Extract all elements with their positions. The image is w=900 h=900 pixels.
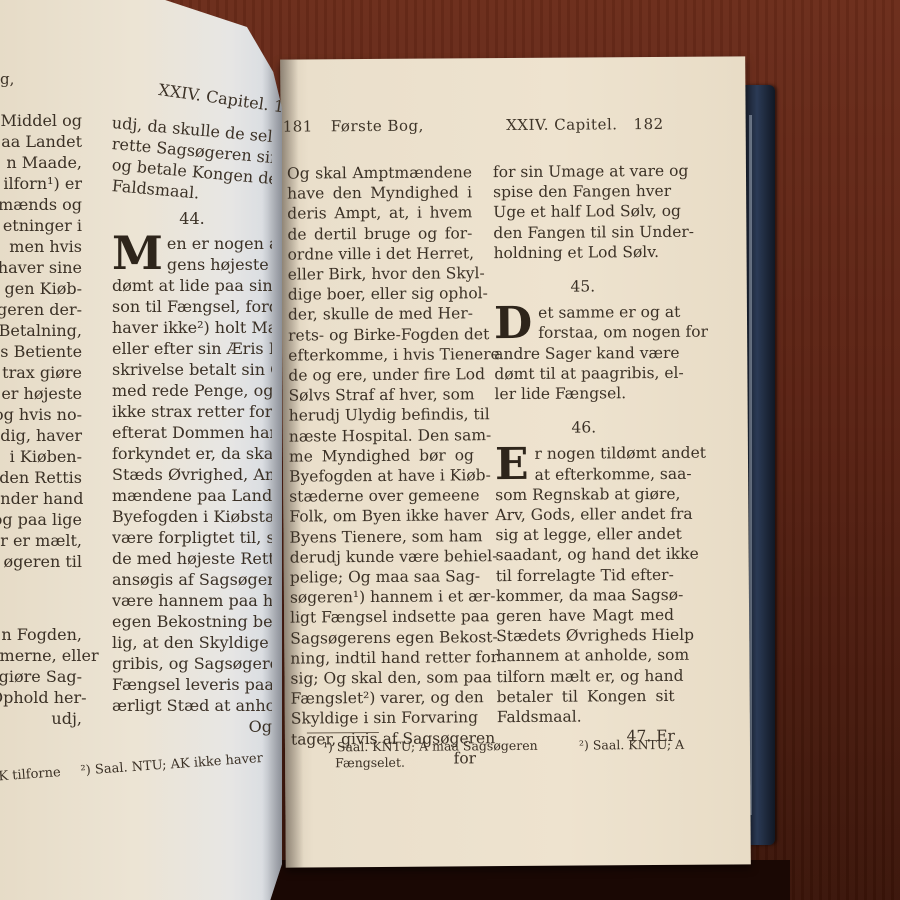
- text-line: deris Ampt, at, i hvem: [287, 203, 472, 224]
- text-line: r er mælt,: [0, 530, 82, 551]
- text-line: Arv, Gods, eller andet fra: [495, 504, 673, 525]
- text-line: geren der-: [0, 299, 82, 320]
- text-line: den Rettis: [0, 467, 82, 488]
- text-line: have den Myndighed i: [287, 182, 472, 203]
- text-line: ærligt Stæd at anholdis.: [112, 695, 272, 716]
- text-column-right: for sin Umage at vare og spise den Fange…: [493, 161, 675, 748]
- text-line: ordne ville i det Herret,: [287, 243, 472, 264]
- drop-cap: E: [495, 446, 529, 484]
- chapter-title: XXIV. Capitel.: [506, 115, 617, 134]
- section-number: 46.: [495, 417, 673, 438]
- footnote-2: ²) Saal. NTU; AK ikke haver: [80, 751, 263, 779]
- text-line: ikke strax retter for sig: [112, 401, 272, 422]
- text-line: Sølvs Straf af hver, som: [288, 385, 473, 406]
- text-line: efterat Dommen hannem: [112, 422, 272, 443]
- drop-cap: D: [494, 305, 532, 343]
- text-line: saadant, og hand det ikke: [496, 544, 674, 565]
- text-line: Byefogden i Kiøbstæderne: [112, 506, 272, 527]
- running-head-left: 181Første Bog,: [283, 117, 424, 136]
- text-line: geren have Magt med: [496, 605, 674, 626]
- text-line: eller efter sin Æris For-: [112, 338, 272, 359]
- running-head-right: XXIV. Capitel.182: [506, 115, 664, 134]
- text-line: skrivelse betalt sin Credit: [112, 359, 272, 380]
- text-line: næste Hospital. Den sam-: [289, 425, 474, 446]
- text-line: Stædets Øvrigheds Hielp: [496, 625, 674, 646]
- text-line: hannem at anholde, som: [496, 645, 674, 666]
- text-line: me Myndighed bør og: [289, 445, 474, 466]
- text-line: Fængsel leveris paa et: [112, 674, 272, 695]
- text-line: egen Bekostning behielpe-: [112, 611, 272, 632]
- text-line: Fængslet²) varer, og den: [291, 688, 476, 709]
- section-44: 44. M en er nogen af Kon- gens højeste R…: [112, 208, 272, 737]
- text-line: de med højeste Rettis Dom: [112, 548, 272, 569]
- text-line: som Regnskab at giøre,: [495, 484, 673, 505]
- text-line: være hannem paa han: [112, 590, 272, 611]
- text-line: Middel og: [0, 110, 82, 131]
- text-line: haver sine: [0, 257, 82, 278]
- text-line: øgeren til: [0, 551, 82, 572]
- text-column-left: Og skal Amptmændene have den Myndighed i…: [287, 162, 476, 769]
- text-line: den Fangen til sin Under-: [493, 222, 671, 243]
- text-line: trax giøre: [0, 362, 82, 383]
- text-line: etninger i: [0, 215, 82, 236]
- text-line: sig at legge, eller andet: [495, 524, 673, 545]
- text-line: n Maade,: [0, 152, 82, 173]
- book-title: Første Bog,: [331, 117, 424, 136]
- text-line: være forpligtet til, stra: [112, 527, 272, 548]
- text-line: andre Sager kand være: [494, 343, 672, 364]
- text-line: dømt til at paagribis, el-: [494, 363, 672, 384]
- text-line: mændene paa Landet, og: [112, 485, 272, 506]
- text-line: men hvis: [0, 236, 82, 257]
- text-line: udj,: [0, 708, 82, 729]
- text-line: holdning et Lod Sølv.: [493, 242, 671, 263]
- chapter-title: XXIV. Capitel.: [157, 80, 270, 114]
- running-head: 181Første Bog, XXIV. Capitel.182: [281, 114, 746, 139]
- footnote-1-fragment: ; K tilforne: [0, 765, 61, 785]
- footnotes: ¹) Saal. KNTU; A maa Sagsøgeren Fængsele…: [323, 737, 678, 771]
- text-line: sig; Og skal den, som paa: [290, 667, 475, 688]
- text-line: lig, at den Skyldige paa-: [112, 632, 272, 653]
- text-line: for sin Umage at vare og: [493, 161, 671, 182]
- text-line: under hand: [0, 488, 82, 509]
- text-line: dige boer, eller sig ophol-: [288, 284, 473, 305]
- text-line: ler lide Fængsel.: [494, 383, 672, 404]
- text-line: søgeren¹) hannem i et ær-: [290, 587, 475, 608]
- text-line: mænds og: [0, 194, 82, 215]
- text-line: aa Landet: [0, 131, 82, 152]
- text-line: Byens Tienere, som ham: [289, 526, 474, 547]
- text-line: betaler til Kongen sit: [497, 686, 675, 707]
- right-page: 181Første Bog, XXIV. Capitel.182 Og skal…: [280, 56, 751, 867]
- text-line: amerne, eller: [0, 645, 82, 666]
- text-line: son til Fængsel, fordj han: [112, 296, 272, 317]
- text-line: eller Birk, hvor den Skyl-: [288, 263, 473, 284]
- text-line: tilforn mælt er, og hand: [496, 666, 674, 687]
- text-line: Uge et half Lod Sølv, og: [493, 201, 671, 222]
- text-line: Faldsmaal.: [497, 706, 675, 727]
- drop-cap: M: [112, 233, 163, 273]
- text-line: derudj kunde være behiel-: [290, 546, 475, 567]
- text-line: haver ikke²) holt Maning: [112, 317, 272, 338]
- text-line: Byefogden at have i Kiøb-: [289, 465, 474, 486]
- text-line: de dertil bruge og for-: [287, 223, 472, 244]
- text-line: de og ere, under fire Lod: [288, 364, 473, 385]
- text-line: stæderne over gemeene: [289, 486, 474, 507]
- section-46: 46. E r nogen tildømt andet at efterkomm…: [495, 417, 675, 727]
- text-line: n Fogden,: [0, 624, 82, 645]
- text-line: Betalning,: [0, 320, 82, 341]
- page-number-left: 181: [283, 117, 313, 135]
- section-number: 45.: [494, 276, 672, 297]
- text-line: dømt at lide paa sin Per-: [112, 275, 272, 296]
- text-line: gen Kiøb-: [0, 278, 82, 299]
- text-line: Folk, om Byen ikke haver: [289, 506, 474, 527]
- text-line: pelige; Og maa saa Sag-: [290, 566, 475, 587]
- text-line: herudj Ulydig befindis, til: [289, 405, 474, 426]
- footnote-1-continued: Fængselet.: [323, 753, 678, 771]
- text-line: spise den Fangen hver: [493, 181, 671, 202]
- text-line: ansøgis af Sagsøgeren, at: [112, 569, 272, 590]
- running-head-fragment: g,: [0, 70, 14, 88]
- spacer: [0, 572, 82, 624]
- text-line: og hvis no-: [0, 404, 82, 425]
- text-line: til forrelagte Tid efter-: [496, 565, 674, 586]
- text-line: ldig, haver: [0, 425, 82, 446]
- text-line: Ophold her-: [0, 687, 82, 708]
- text-column-left-fragment: Middel og aa Landet n Maade, ilforn¹) er…: [0, 110, 82, 729]
- text-line: Og skal Amptmændene: [287, 162, 472, 183]
- text-line: Stæds Øvrighed, Ampt-: [112, 464, 272, 485]
- text-line: rets- og Birke-Fogden det: [288, 324, 473, 345]
- text-line: ilforn¹) er: [0, 173, 82, 194]
- text-line: Og: [112, 716, 272, 737]
- text-line: er højeste: [0, 383, 82, 404]
- text-line: ning, indtil hand retter for: [290, 647, 475, 668]
- text-line: forkyndet er, da skal hver: [112, 443, 272, 464]
- footnotes: ; K tilforne²) Saal. NTU; AK ikke haver: [0, 751, 263, 785]
- footnote-2: ²) Saal. KNTU; A: [579, 737, 684, 754]
- text-line: og paa lige: [0, 509, 82, 530]
- text-line: efterkomme, i hvis Tienere: [288, 344, 473, 365]
- text-line: Skyldige i sin Forvaring: [291, 708, 476, 729]
- text-column-right-fragment: udj, da skulle de selv o rette Sagsøgere…: [112, 112, 272, 737]
- text-line: ligt Fængsel indsette paa: [290, 607, 475, 628]
- text-line: kommer, da maa Sagsø-: [496, 585, 674, 606]
- text-line: i Kiøben-: [0, 446, 82, 467]
- text-line: gribis, og Sagsøgeren til: [112, 653, 272, 674]
- text-line: ns Betiente: [0, 341, 82, 362]
- page-number-right: 182: [633, 115, 663, 133]
- text-line: Sagsøgerens egen Bekost-: [290, 627, 475, 648]
- text-line: der, skulle de med Her-: [288, 304, 473, 325]
- section-45: 45. D et samme er og at forstaa, om noge…: [494, 276, 673, 404]
- text-line: giøre Sag-: [0, 666, 82, 687]
- left-page: g, XXIV. Capitel. 1 Middel og aa Landet …: [0, 0, 282, 900]
- text-line: med rede Penge, og han: [112, 380, 272, 401]
